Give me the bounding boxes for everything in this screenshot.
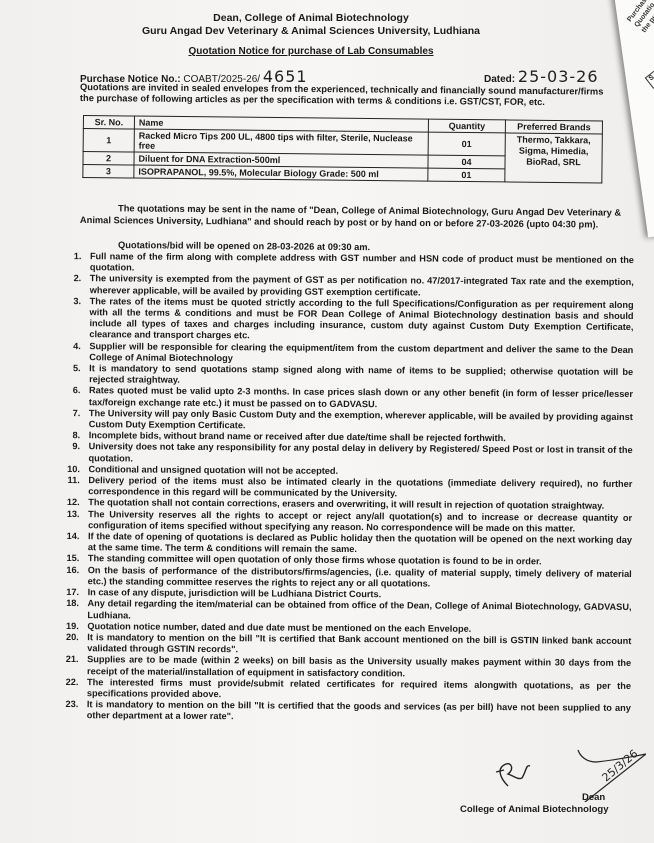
col-quantity: Quantity [428, 119, 505, 133]
signatory-org: College of Animal Biotechnology [460, 804, 609, 815]
row-name: Racked Micro Tips 200 UL, 4800 tips with… [134, 129, 428, 155]
submission-paragraph: The quotations may be sent in the name o… [80, 203, 636, 231]
intro-paragraph: Quotations are invited in sealed envelop… [80, 82, 612, 109]
signature-icon: 25/3/26 [456, 742, 646, 802]
dated-label: Dated: [484, 74, 515, 85]
row-name: ISOPRAPANOL, 99.5%, Molecular Biology Gr… [134, 165, 428, 181]
header-line-1: Dean, College of Animal Biotechnology [0, 12, 638, 24]
term-item: The rates of the items must be quoted st… [83, 296, 633, 345]
col-sr-no: Sr. No. [83, 116, 134, 130]
col-preferred-brands: Preferred Brands [505, 120, 602, 134]
term-item: It is mandatory to mention on the bill "… [81, 699, 631, 725]
items-table: Sr. No. Name Quantity Preferred Brands 1… [82, 115, 603, 183]
side-table-fragment: S [645, 57, 654, 89]
preferred-brands-cell: Thermo, Takkara, Sigma, Himedia, BioRad,… [505, 133, 603, 183]
header-line-2: Guru Angad Dev Veterinary & Animal Scien… [0, 25, 638, 37]
document-page: Purchase N Quotatio the pu S Dean, Colle… [0, 0, 654, 843]
row-sr: 1 [83, 129, 134, 153]
row-sr: 2 [83, 152, 134, 166]
signatory-title: Dean [582, 792, 605, 803]
row-qty: 01 [428, 132, 505, 156]
row-qty: 04 [428, 155, 505, 169]
handwritten-date: 25-03-26 [518, 67, 599, 86]
signature-block: 25/3/26 Dean College of Animal Biotechno… [456, 742, 646, 822]
notice-date: Dated: 25-03-26 [484, 67, 599, 86]
row-sr: 3 [83, 165, 134, 179]
terms-list: Full name of the firm along with complet… [61, 251, 634, 725]
row-qty: 01 [428, 168, 505, 182]
svg-text:25/3/26: 25/3/26 [600, 747, 641, 784]
notice-title: Quotation Notice for purchase of Lab Con… [0, 46, 638, 57]
